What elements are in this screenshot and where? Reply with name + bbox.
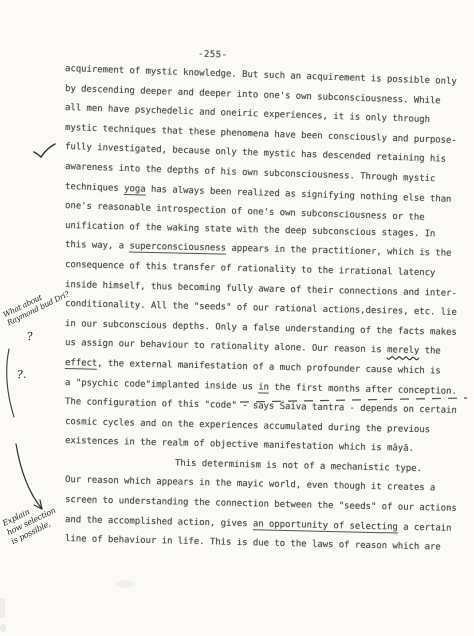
typed-text-segment: superconsciousness	[129, 242, 226, 255]
page-number: -255-	[198, 50, 228, 61]
smudge	[0, 624, 6, 632]
typed-text-segment: us assign our behaviour to rationality a…	[65, 338, 387, 355]
smudge	[116, 580, 134, 588]
typed-text-segment: merely	[387, 346, 419, 357]
scanned-document-page: -255- acquirement of mystic knowledge. B…	[0, 0, 474, 636]
margin-bracket-line	[7, 349, 14, 417]
typed-text-segment: this way, a	[65, 240, 130, 251]
typed-text-segment: Our reason which appears in the mayic wo…	[65, 475, 436, 493]
typed-text-segment: techniques	[65, 182, 124, 194]
typed-text-segment: the first months after conception.	[269, 382, 457, 396]
typed-text-segment: and the accomplished action, gives	[65, 515, 253, 529]
typed-text-segment: an opportunity of selecting	[253, 519, 398, 533]
typed-text-segment: a certain	[398, 522, 452, 533]
typed-text-segment: in	[258, 382, 269, 393]
margin-question-mark-1: ?	[26, 330, 34, 344]
typed-text-segment: a "psychic code"implanted inside us	[65, 378, 258, 392]
typed-text-segment: , the external manifestation of a much p…	[97, 359, 441, 377]
typed-text-segment: existences in the realm of objective man…	[65, 436, 414, 454]
typed-text-segment: screen to understanding the connection b…	[65, 495, 457, 514]
typed-text-segment: The configuration of this "code" - says …	[65, 397, 457, 416]
curved-arrow-icon	[16, 444, 42, 509]
typed-text: acquirement of mystic knowledge. But suc…	[65, 60, 467, 550]
typed-text-segment: appears in the practitioner, which is th…	[226, 244, 452, 259]
typed-text-segment: the	[419, 346, 441, 356]
typed-text-segment: cosmic cycles and on the experiences acc…	[65, 417, 430, 435]
smudge	[0, 598, 5, 618]
margin-question-mark-2: ?.	[17, 368, 27, 382]
typed-text-segment: This determinism is not of a mechanistic…	[175, 458, 422, 474]
handwritten-margin-note-top: What about Raymond bud Dri?	[2, 281, 72, 327]
typed-text-segment: yoga	[124, 184, 146, 196]
typed-text-segment: conditionality. All the "seeds" of our r…	[65, 299, 457, 318]
typed-text-segment: line of behaviour in life. This is due t…	[65, 534, 441, 553]
typed-text-segment: effect	[65, 358, 97, 370]
checkmark-icon	[34, 144, 55, 157]
typed-text-segment: consequence of this transfer of rational…	[65, 260, 436, 278]
